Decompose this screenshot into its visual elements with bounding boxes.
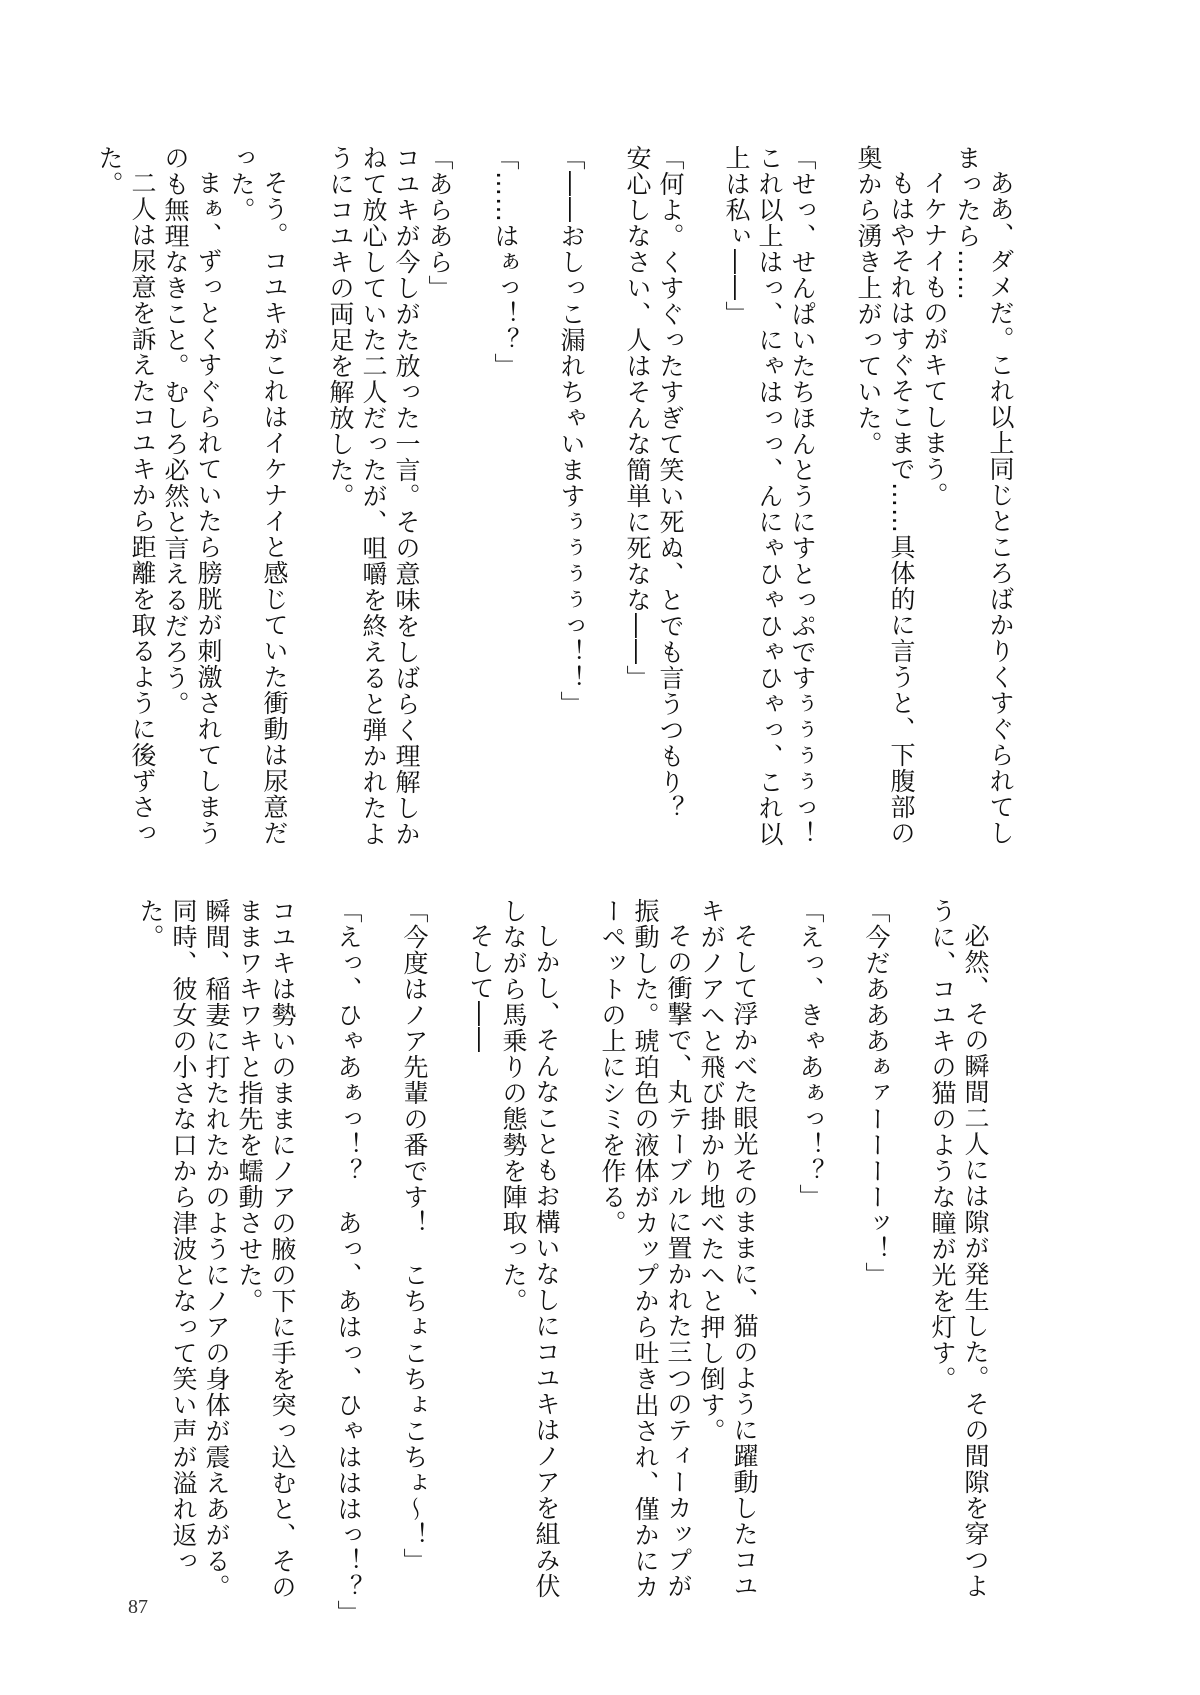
paragraph: イケナイものがキてしまう。 xyxy=(918,145,951,865)
dialogue: 「今度はノア先輩の番です！ こちょこちょこちょ～！」 xyxy=(398,898,431,1618)
blank-line xyxy=(819,145,852,865)
blank-line xyxy=(291,145,324,865)
blank-line xyxy=(687,145,720,865)
dialogue: 「せっ、せんぱいたちほんとうにすとっぷですぅぅぅぅっ！ これ以上はっ、にゃはっっ… xyxy=(720,145,819,865)
paragraph: 必然、その瞬間二人には隙が発生した。その間隙を穿つように、コユキの猫のような瞳が… xyxy=(926,898,992,1618)
blank-line xyxy=(522,145,555,865)
paragraph: その衝撃で、丸テーブルに置かれた三つのティーカップが振動した。琥珀色の液体がカッ… xyxy=(596,898,695,1618)
dialogue: 「――おしっこ漏れちゃいますぅぅぅぅっ！！」 xyxy=(555,145,588,865)
blank-line xyxy=(431,898,464,1618)
blank-line xyxy=(365,898,398,1618)
page-number: 87 xyxy=(128,1596,148,1619)
blank-line xyxy=(563,898,596,1618)
blank-line xyxy=(827,898,860,1618)
bottom-text-block: 必然、その瞬間二人には隙が発生した。その間隙を穿つように、コユキの猫のような瞳が… xyxy=(112,898,992,1618)
dialogue: 「何よ。くすぐったすぎて笑い死ぬ、とでも言うつもり？ 安心しなさい、人はそんな簡… xyxy=(621,145,687,865)
blank-line xyxy=(588,145,621,865)
paragraph: ああ、ダメだ。これ以上同じところばかりくすぐられてしまったら…… xyxy=(951,145,1017,865)
paragraph: そして―― xyxy=(464,898,497,1618)
blank-line xyxy=(299,898,332,1618)
dialogue: 「……はぁっ！？」 xyxy=(489,145,522,865)
blank-line xyxy=(761,898,794,1618)
paragraph: コユキは勢いのままにノアの腋の下に手を突っ込むと、そのままワキワキと指先を蠕動さ… xyxy=(233,898,299,1618)
top-text-block: ああ、ダメだ。これ以上同じところばかりくすぐられてしまったら…… イケナイものが… xyxy=(137,145,1017,865)
paragraph: もはやそれはすぐそこまで……具体的に言うと、下腹部の奥から湧き上がっていた。 xyxy=(852,145,918,865)
dialogue: 「今だあああぁァーーーーッ！」 xyxy=(860,898,893,1618)
blank-line xyxy=(456,145,489,865)
paragraph: 二人は尿意を訴えたコユキから距離を取るように後ずさった。 xyxy=(93,145,159,865)
paragraph: コユキが今しがた放った一言。その意味をしばらく理解しかねて放心していた二人だった… xyxy=(324,145,423,865)
paragraph: そして浮かべた眼光そのままに、猫のように躍動したコユキがノアへと飛び掛かり地べた… xyxy=(695,898,761,1618)
paragraph: しかし、そんなこともお構いなしにコユキはノアを組み伏しながら馬乗りの態勢を陣取っ… xyxy=(497,898,563,1618)
paragraph: 瞬間、稲妻に打たれたかのようにノアの身体が震えあがる。同時、彼女の小さな口から津… xyxy=(134,898,233,1618)
dialogue: 「あらあら」 xyxy=(423,145,456,865)
blank-line xyxy=(893,898,926,1618)
paragraph: そう。コユキがこれはイケナイと感じていた衝動は尿意だった。 xyxy=(225,145,291,865)
dialogue: 「えっ、ひゃあぁっ！？ あっ、あはっ、ひゃはははっ！？」 xyxy=(332,898,365,1618)
dialogue: 「えっ、きゃあぁっ！？」 xyxy=(794,898,827,1618)
paragraph: まぁ、ずっとくすぐられていたら膀胱が刺激されてしまうのも無理なきこと。むしろ必然… xyxy=(159,145,225,865)
